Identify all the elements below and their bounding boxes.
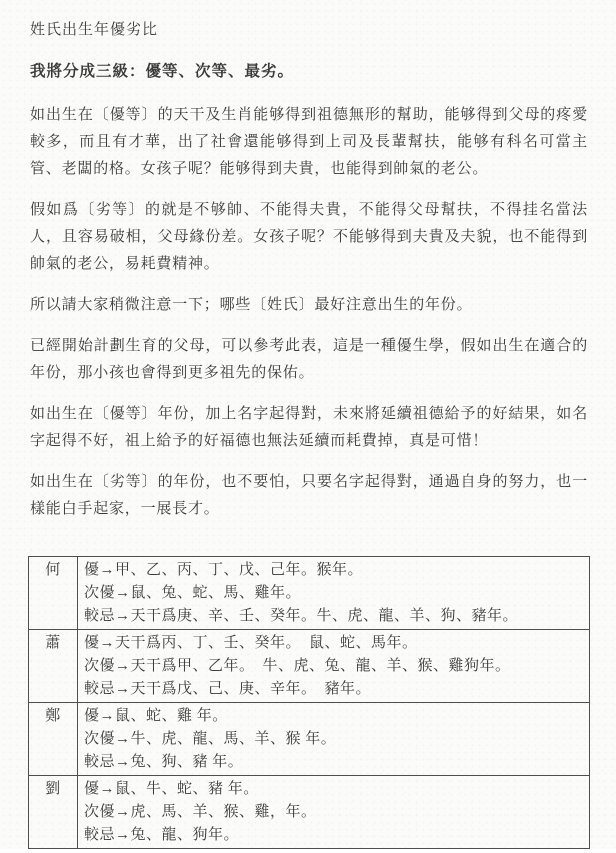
surname-year-table: 何 優→甲、乙、丙、丁、戊、己年。猴年。 次優→鼠、兔、蛇、馬、雞年。 較忌→天…: [28, 556, 590, 853]
grade-line-second: 次優→鼠、兔、蛇、馬、雞年。: [84, 582, 585, 605]
grade-line-avoid: 較忌→兔、狗、豬 年。: [84, 751, 585, 774]
surname-cell: 劉: [29, 776, 78, 849]
paragraph-attention-note: 所以請大家稍微注意一下；哪些〔姓氏〕最好注意出生的年份。: [30, 292, 588, 319]
detail-cell: 優→鼠、蛇、雞 年。 次優→牛、虎、龍、馬、羊、猴 年。 較忌→兔、狗、豬 年。: [78, 703, 590, 776]
paragraph-bad-year-naming: 如出生在〔劣等〕的年份，也不要怕，只要名字起得對，通過自身的努力，也一樣能白手起…: [30, 469, 588, 523]
scanned-document-page: 姓氏出生年優劣比 我將分成三級：優等、次等、最劣。 如出生在〔優等〕的天干及生肖…: [0, 0, 616, 853]
detail-cell: 優→天干爲丙、丁、壬、癸年。 鼠、蛇、馬年。 次優→天干爲甲、乙年。 牛、虎、兔…: [78, 630, 590, 703]
paragraph-family-planning: 已經開始計劃生育的父母，可以參考此表，這是一種優生學，假如出生在適合的年份，那小…: [30, 333, 588, 387]
surname-cell: 何: [29, 557, 78, 630]
grade-line-avoid: 較忌→天干爲庚、辛、壬、癸年。牛、虎、龍、羊、狗、豬年。: [84, 605, 585, 628]
grade-line-second: 次優→牛、虎、龍、馬、羊、猴 年。: [84, 728, 585, 751]
paragraph-good-year-naming: 如出生在〔優等〕年份，加上名字起得對，未來將延續祖德給予的好結果，如名字起得不好…: [30, 401, 588, 455]
grade-line-best: 優→天干爲丙、丁、壬、癸年。 鼠、蛇、馬年。: [84, 632, 585, 655]
page-bottom-edge: [0, 849, 616, 853]
detail-cell: 優→鼠、牛、蛇、豬 年。 次優→虎、馬、羊、猴、雞，年。 較忌→兔、龍、狗年。: [78, 776, 590, 849]
grades-heading: 我將分成三級：優等、次等、最劣。: [30, 62, 588, 82]
paragraph-superior-grade: 如出生在〔優等〕的天干及生肖能够得到祖德無形的幫助，能够得到父母的疼愛較多，而且…: [30, 102, 588, 183]
detail-cell: 優→甲、乙、丙、丁、戊、己年。猴年。 次優→鼠、兔、蛇、馬、雞年。 較忌→天干爲…: [78, 557, 590, 630]
grade-line-avoid: 較忌→兔、龍、狗年。: [84, 824, 585, 847]
table-row: 鄭 優→鼠、蛇、雞 年。 次優→牛、虎、龍、馬、羊、猴 年。 較忌→兔、狗、豬 …: [29, 703, 590, 776]
table-row: 蕭 優→天干爲丙、丁、壬、癸年。 鼠、蛇、馬年。 次優→天干爲甲、乙年。 牛、虎…: [29, 630, 590, 703]
grade-line-best: 優→鼠、牛、蛇、豬 年。: [84, 778, 585, 801]
table-row: 劉 優→鼠、牛、蛇、豬 年。 次優→虎、馬、羊、猴、雞，年。 較忌→兔、龍、狗年…: [29, 776, 590, 849]
table-row: 何 優→甲、乙、丙、丁、戊、己年。猴年。 次優→鼠、兔、蛇、馬、雞年。 較忌→天…: [29, 557, 590, 630]
surname-cell: 蕭: [29, 630, 78, 703]
grade-line-best: 優→鼠、蛇、雞 年。: [84, 705, 585, 728]
grade-line-second: 次優→虎、馬、羊、猴、雞，年。: [84, 801, 585, 824]
surname-cell: 鄭: [29, 703, 78, 776]
grade-line-second: 次優→天干爲甲、乙年。 牛、虎、兔、龍、羊、猴、雞狗年。: [84, 655, 585, 678]
page-title: 姓氏出生年優劣比: [30, 20, 588, 40]
grade-line-best: 優→甲、乙、丙、丁、戊、己年。猴年。: [84, 559, 585, 582]
paragraph-inferior-grade: 假如爲〔劣等〕的就是不够帥、不能得夫貴，不能得父母幫扶，不得挂名當法人，且容易破…: [30, 197, 588, 278]
grade-line-avoid: 較忌→天干爲戊、己、庚、辛年。 豬年。: [84, 678, 585, 701]
